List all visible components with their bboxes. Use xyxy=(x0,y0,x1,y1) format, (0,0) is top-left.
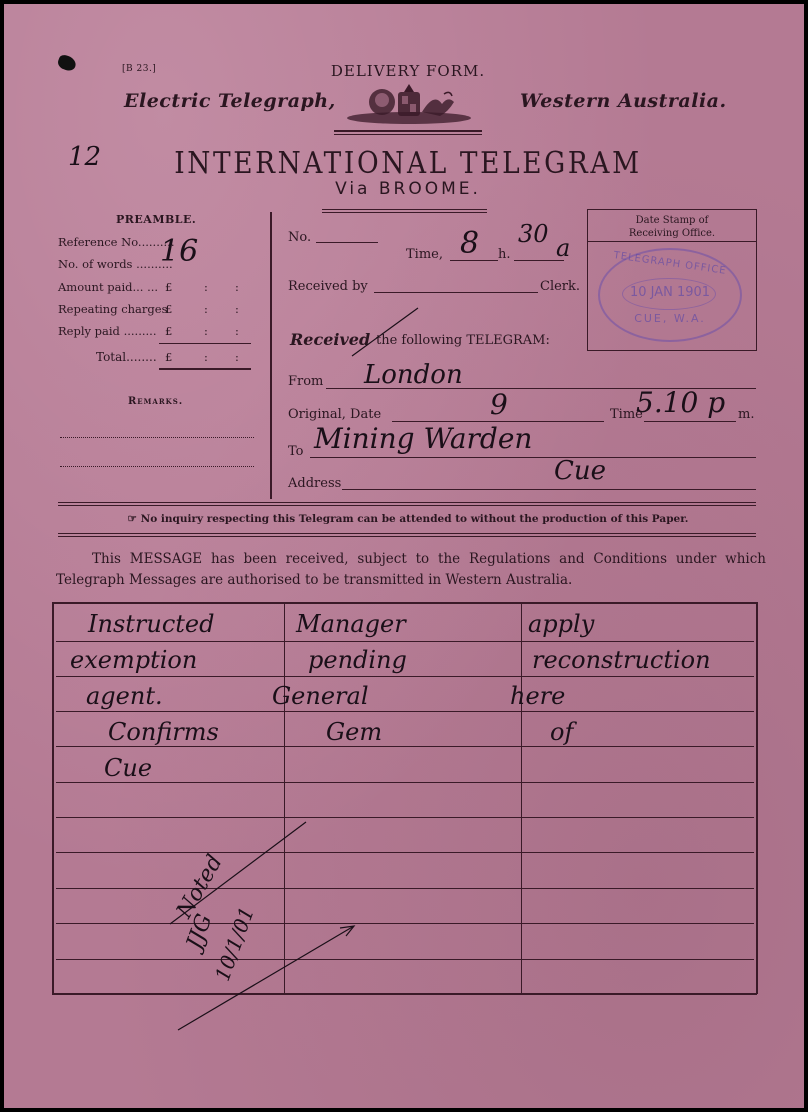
pointing-hand-icon: ☞ xyxy=(128,513,137,525)
message-word: agent. xyxy=(86,682,163,710)
right-heading: Western Australia. xyxy=(520,90,727,112)
check-stroke xyxy=(344,304,424,364)
time-minutes-value: 30 xyxy=(518,220,549,248)
section-divider xyxy=(270,212,272,499)
total-label: Total........ xyxy=(96,350,157,364)
coat-of-arms-icon xyxy=(344,82,474,126)
original-date-label: Original, Date xyxy=(288,407,381,422)
separator: : xyxy=(235,302,239,316)
pound-sign: £ xyxy=(165,324,172,338)
to-field[interactable] xyxy=(310,457,756,458)
separator: : xyxy=(204,350,208,364)
message-table-right xyxy=(756,602,758,994)
reference-no-label: Reference No.......... xyxy=(58,235,174,249)
telegram-delivery-form: [B 23.] DELIVERY FORM. Electric Telegrap… xyxy=(4,4,804,1108)
message-row-line xyxy=(56,852,754,853)
message-col-divider xyxy=(521,602,522,994)
notice-text: No inquiry respecting this Telegram can … xyxy=(141,513,689,525)
message-row-line xyxy=(56,641,754,642)
message-word: General xyxy=(272,682,369,710)
message-word: reconstruction xyxy=(532,646,711,674)
message-word: apply xyxy=(528,610,594,638)
message-word: Manager xyxy=(296,610,406,638)
time-label: Time, xyxy=(406,247,443,262)
pound-sign: £ xyxy=(165,280,172,294)
postmark-office: TELEGRAPH OFFICE xyxy=(600,248,740,278)
message-row-line xyxy=(56,959,754,960)
amount-paid-label: Amount paid... ... xyxy=(58,280,158,294)
postmark-date: 10 JAN 1901 xyxy=(600,285,740,300)
date-stamp-box: Date Stamp of Receiving Office. TELEGRAP… xyxy=(587,209,757,351)
message-word: here xyxy=(510,682,565,710)
message-row-line xyxy=(56,817,754,818)
left-heading: Electric Telegraph, xyxy=(124,90,336,112)
pound-sign: £ xyxy=(165,302,172,316)
route: Via BROOME. xyxy=(4,179,808,199)
address-field[interactable] xyxy=(342,489,756,490)
time-hours-value: 8 xyxy=(460,226,479,261)
message-table-bottom xyxy=(52,993,757,995)
message-row-line xyxy=(56,676,754,677)
message-row-line xyxy=(56,711,754,712)
top-rule xyxy=(322,209,487,210)
message-table-left xyxy=(52,602,54,994)
clerk-label: Clerk. xyxy=(540,279,580,294)
separator: : xyxy=(204,324,208,338)
title-rule xyxy=(334,134,482,135)
message-row-line xyxy=(56,746,754,747)
from-label: From xyxy=(288,374,323,389)
total-rule xyxy=(159,343,251,344)
message-word: Cue xyxy=(104,754,152,782)
original-date-value: 9 xyxy=(490,388,508,421)
date-stamp-heading-line1: Date Stamp of xyxy=(588,214,756,227)
message-row-line xyxy=(56,782,754,783)
received-by-label: Received by xyxy=(288,279,368,294)
separator: : xyxy=(235,280,239,294)
separator: : xyxy=(235,324,239,338)
separator: : xyxy=(235,350,239,364)
notice-rule-top xyxy=(58,505,756,506)
address-label: Address xyxy=(288,476,341,491)
message-table-top xyxy=(52,602,757,604)
to-label: To xyxy=(288,444,304,459)
page-title: INTERNATIONAL TELEGRAM xyxy=(52,146,763,181)
received-by-field[interactable] xyxy=(374,292,538,293)
message-word: Instructed xyxy=(88,610,214,638)
message-word: Gem xyxy=(326,718,382,746)
notice: ☞ No inquiry respecting this Telegram ca… xyxy=(4,513,808,525)
remarks-label: Remarks. xyxy=(128,396,183,407)
remarks-line[interactable] xyxy=(60,466,254,467)
no-label: No. xyxy=(288,230,311,245)
message-word: pending xyxy=(308,646,407,674)
reply-paid-label: Reply paid ......... xyxy=(58,324,156,338)
message-word: Confirms xyxy=(108,718,219,746)
separator: : xyxy=(204,280,208,294)
address-value: Cue xyxy=(554,456,606,486)
message-row-line xyxy=(56,923,754,924)
notice-rule-bottom xyxy=(58,536,756,537)
postmark-stamp: TELEGRAPH OFFICE 10 JAN 1901 CUE, W.A. xyxy=(598,248,742,342)
time-ampm-value: a xyxy=(556,234,570,262)
date-stamp-heading: Date Stamp of Receiving Office. xyxy=(588,214,756,240)
total-double-rule xyxy=(159,368,251,370)
original-time-field[interactable] xyxy=(644,421,736,422)
message-word: exemption xyxy=(70,646,197,674)
preamble-title: PREAMBLE. xyxy=(116,213,196,226)
top-rule xyxy=(322,212,487,213)
form-type: DELIVERY FORM. xyxy=(4,62,808,80)
no-of-words-label: No. of words .......... xyxy=(58,257,173,271)
message-word: of xyxy=(550,718,573,746)
original-time-suffix: m. xyxy=(738,407,754,422)
postmark-place: CUE, W.A. xyxy=(600,312,740,325)
regulations-text: This MESSAGE has been received, subject … xyxy=(56,549,766,591)
original-time-value: 5.10 p xyxy=(636,386,725,419)
message-row-line xyxy=(56,888,754,889)
notice-rule-top xyxy=(58,502,756,503)
notice-rule-bottom xyxy=(58,533,756,534)
date-stamp-heading-line2: Receiving Office. xyxy=(588,227,756,240)
title-rule xyxy=(334,130,482,132)
remarks-line[interactable] xyxy=(60,437,254,438)
date-stamp-divider xyxy=(588,241,756,242)
from-value: London xyxy=(364,360,463,390)
repeating-charges-label: Repeating charges xyxy=(58,302,167,316)
pound-sign: £ xyxy=(165,350,172,364)
no-of-words-value: 16 xyxy=(160,234,198,269)
separator: : xyxy=(204,302,208,316)
to-value: Mining Warden xyxy=(314,422,532,455)
hours-suffix: h. xyxy=(498,247,511,262)
no-field[interactable] xyxy=(316,242,378,243)
